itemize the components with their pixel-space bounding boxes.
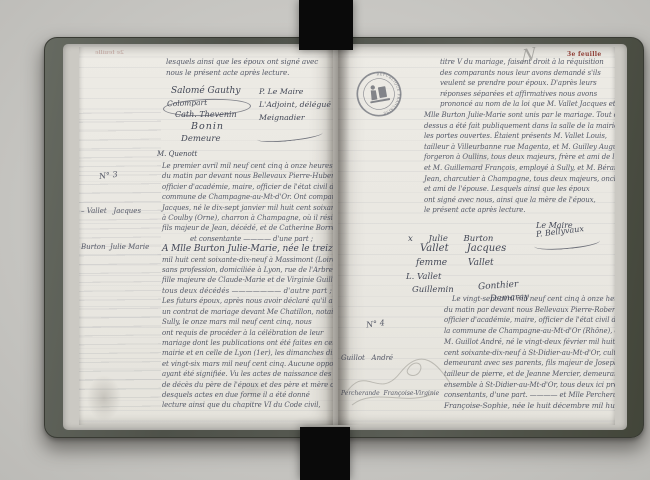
left-closing-fragment: lesquels ainsi que les époux ont signé a… xyxy=(166,56,318,78)
left-body-text: Le premier avril mil neuf cent cinq à on… xyxy=(162,161,333,411)
handwritten-line: Le vingt-sept avril mil neuf cent cinq à… xyxy=(444,294,614,305)
handwritten-line: Les futurs époux, après nous avoir décla… xyxy=(162,296,333,306)
handwritten-line: fils majeur de Jean, décédé, et de Cathe… xyxy=(162,223,333,233)
open-register-book: 2e feuille lesquels ainsi que les époux … xyxy=(44,37,644,438)
handwritten-line: Françoise-Sophie, née le huit décembre m… xyxy=(444,401,614,412)
handwritten-line: du matin par devant nous Bellevaux Pierr… xyxy=(444,305,614,316)
bride-name: Burton Julie Marie xyxy=(81,241,149,253)
signature-flourish xyxy=(257,128,324,145)
handwritten-line: officier d'académie, maire, officier de … xyxy=(162,182,333,192)
left-page: 2e feuille lesquels ainsi que les époux … xyxy=(79,47,333,425)
handwritten-line: nous le présent acte après lecture. xyxy=(166,67,318,78)
handwritten-line: commune de Champagne-au-Mt-d'Or. Ont com… xyxy=(162,192,333,202)
right-body-text-2: Le vingt-sept avril mil neuf cent cinq à… xyxy=(444,294,614,412)
handwritten-line: tailleur de pierre, et de Jeanne Mercier… xyxy=(444,369,614,380)
handwritten-line: officier d'académie, maire, officier de … xyxy=(444,315,614,326)
handwritten-line: cent soixante-dix-neuf à St-Didier-au-Mt… xyxy=(444,348,614,359)
right-page: 3e feuille N RÉPUBLIQUE FRANÇAISE titre … xyxy=(338,47,615,425)
handwritten-line: Le premier avril mil neuf cent cinq à on… xyxy=(162,161,333,171)
handwritten-line: Sully, le onze mars mil neuf cent cinq, … xyxy=(162,317,333,327)
handwritten-line: ont requis de procéder à la célébration … xyxy=(162,328,333,338)
record-number: N° 3 xyxy=(98,165,149,183)
handwritten-line: et M. Guillemard François, employé à Sul… xyxy=(424,163,612,174)
signature: Bonin xyxy=(191,121,240,133)
signature: L. Vallet xyxy=(406,271,441,283)
handwritten-line: ensemble à St-Didier-au-Mt-d'Or, tous de… xyxy=(444,380,614,391)
handwritten-line: fille majeure de Claude-Marie et de Virg… xyxy=(162,275,333,285)
handwritten-line: dessus a été fait publiquement dans la s… xyxy=(424,121,612,132)
handwritten-line: à Coulby (Orne), charron à Champagne, où… xyxy=(162,213,333,223)
official-signature: L'Adjoint, délégué xyxy=(259,98,331,111)
pencil-scribbles xyxy=(338,343,458,415)
handwritten-line: tailleur à Villeurbanne rue Magenta, et … xyxy=(424,142,612,153)
signature: femme Vallet xyxy=(416,257,494,269)
paper-stain xyxy=(456,141,498,173)
right-body-text: titre V du mariage, faisant droit à la r… xyxy=(424,57,612,216)
handwritten-line: prononcé au nom de la loi que M. Vallet … xyxy=(440,99,612,110)
groom-name: – Vallet Jacques xyxy=(81,205,149,217)
official-signature: P. Le Maire xyxy=(259,85,331,98)
handwritten-line: mariage dont les publications ont été fa… xyxy=(162,338,333,348)
handwritten-line: réponses séparées et affirmatives nous a… xyxy=(440,89,612,100)
handwritten-line: mairie et en celle de Lyon (1er), les di… xyxy=(162,348,333,358)
handwritten-line: un contrat de mariage devant Me Chatillo… xyxy=(162,307,333,317)
official-round-stamp: RÉPUBLIQUE FRANÇAISE xyxy=(350,65,408,123)
official-signature: Meignadier xyxy=(259,111,331,124)
handwritten-line: Jacques, né le dix-sept janvier mil huit… xyxy=(162,203,333,213)
handwritten-line: consentants, d'une part. ———— et Mlle Pe… xyxy=(444,390,614,401)
handwritten-line: veulent se prendre pour époux. D'après l… xyxy=(440,78,612,89)
handwritten-line: M. Guillot André, né le vingt-deux févri… xyxy=(444,337,614,348)
handwritten-line: demeurant avec ses parents, fils majeur … xyxy=(444,358,614,369)
margin-note-record-3: N° 3 – Vallet Jacques Burton Julie Marie xyxy=(81,144,149,277)
handwritten-line: la commune de Champagne-au-Mt-d'Or (Rhôn… xyxy=(444,326,614,337)
signature: M. Quenott xyxy=(157,148,240,160)
handwritten-line: A Mlle Burton Julie-Marie, née le treize… xyxy=(162,244,333,254)
gutter-shadow xyxy=(326,47,350,425)
handwritten-line: les portes ouvertes. Étaient présents M.… xyxy=(424,131,612,142)
book-clamp-strap-top xyxy=(299,0,353,50)
handwritten-line: Jean, charcutier à Champagne, tous deux … xyxy=(424,174,612,185)
handwritten-line: mil huit cent soixante-dix-neuf à Massim… xyxy=(162,255,333,265)
handwritten-line: des comparants nous leur avons demandé s… xyxy=(440,68,612,79)
paper-stain xyxy=(237,377,269,403)
handwritten-line: tous deux décédés ——————— d'autre part ; xyxy=(162,286,333,296)
stamp-emblem xyxy=(367,83,390,104)
record-number: N° 4 xyxy=(366,311,440,332)
handwritten-line: le présent acte après lecture. xyxy=(424,205,612,216)
ghost-sheet-label: 2e feuille xyxy=(95,50,124,56)
signature: Demeure xyxy=(181,133,240,145)
handwritten-line: Mlle Burton Julie-Marie sont unis par le… xyxy=(424,110,612,121)
handwritten-line: forgeron à Oullins, tous deux majeurs, f… xyxy=(424,152,612,163)
left-officials-column: P. Le MaireL'Adjoint, déléguéMeignadier xyxy=(259,85,331,124)
register-scan: 2e feuille lesquels ainsi que les époux … xyxy=(0,0,650,480)
signature: Vallet Jacques xyxy=(420,243,506,255)
handwritten-line: et ami de l'épouse. Lesquels ainsi que l… xyxy=(424,184,612,195)
handwritten-line: et consentante ———— d'une part ; xyxy=(162,234,333,244)
handwritten-line: ont signé avec nous, ainsi que la mère d… xyxy=(424,195,612,206)
book-clamp-strap-bottom xyxy=(300,427,350,480)
handwritten-line: du matin par devant nous Bellevaux Pierr… xyxy=(162,171,333,181)
left-signatures-column: Salomé GauthyColompartCath. TheveninBoni… xyxy=(171,85,240,160)
paper-stain xyxy=(87,375,121,421)
handwritten-line: titre V du mariage, faisant droit à la r… xyxy=(440,57,612,68)
handwritten-line: sans profession, domiciliée à Lyon, rue … xyxy=(162,265,333,275)
handwritten-line: et vingt-six mars mil neuf cent cinq. Au… xyxy=(162,359,333,369)
handwritten-line: lesquels ainsi que les époux ont signé a… xyxy=(166,56,318,67)
